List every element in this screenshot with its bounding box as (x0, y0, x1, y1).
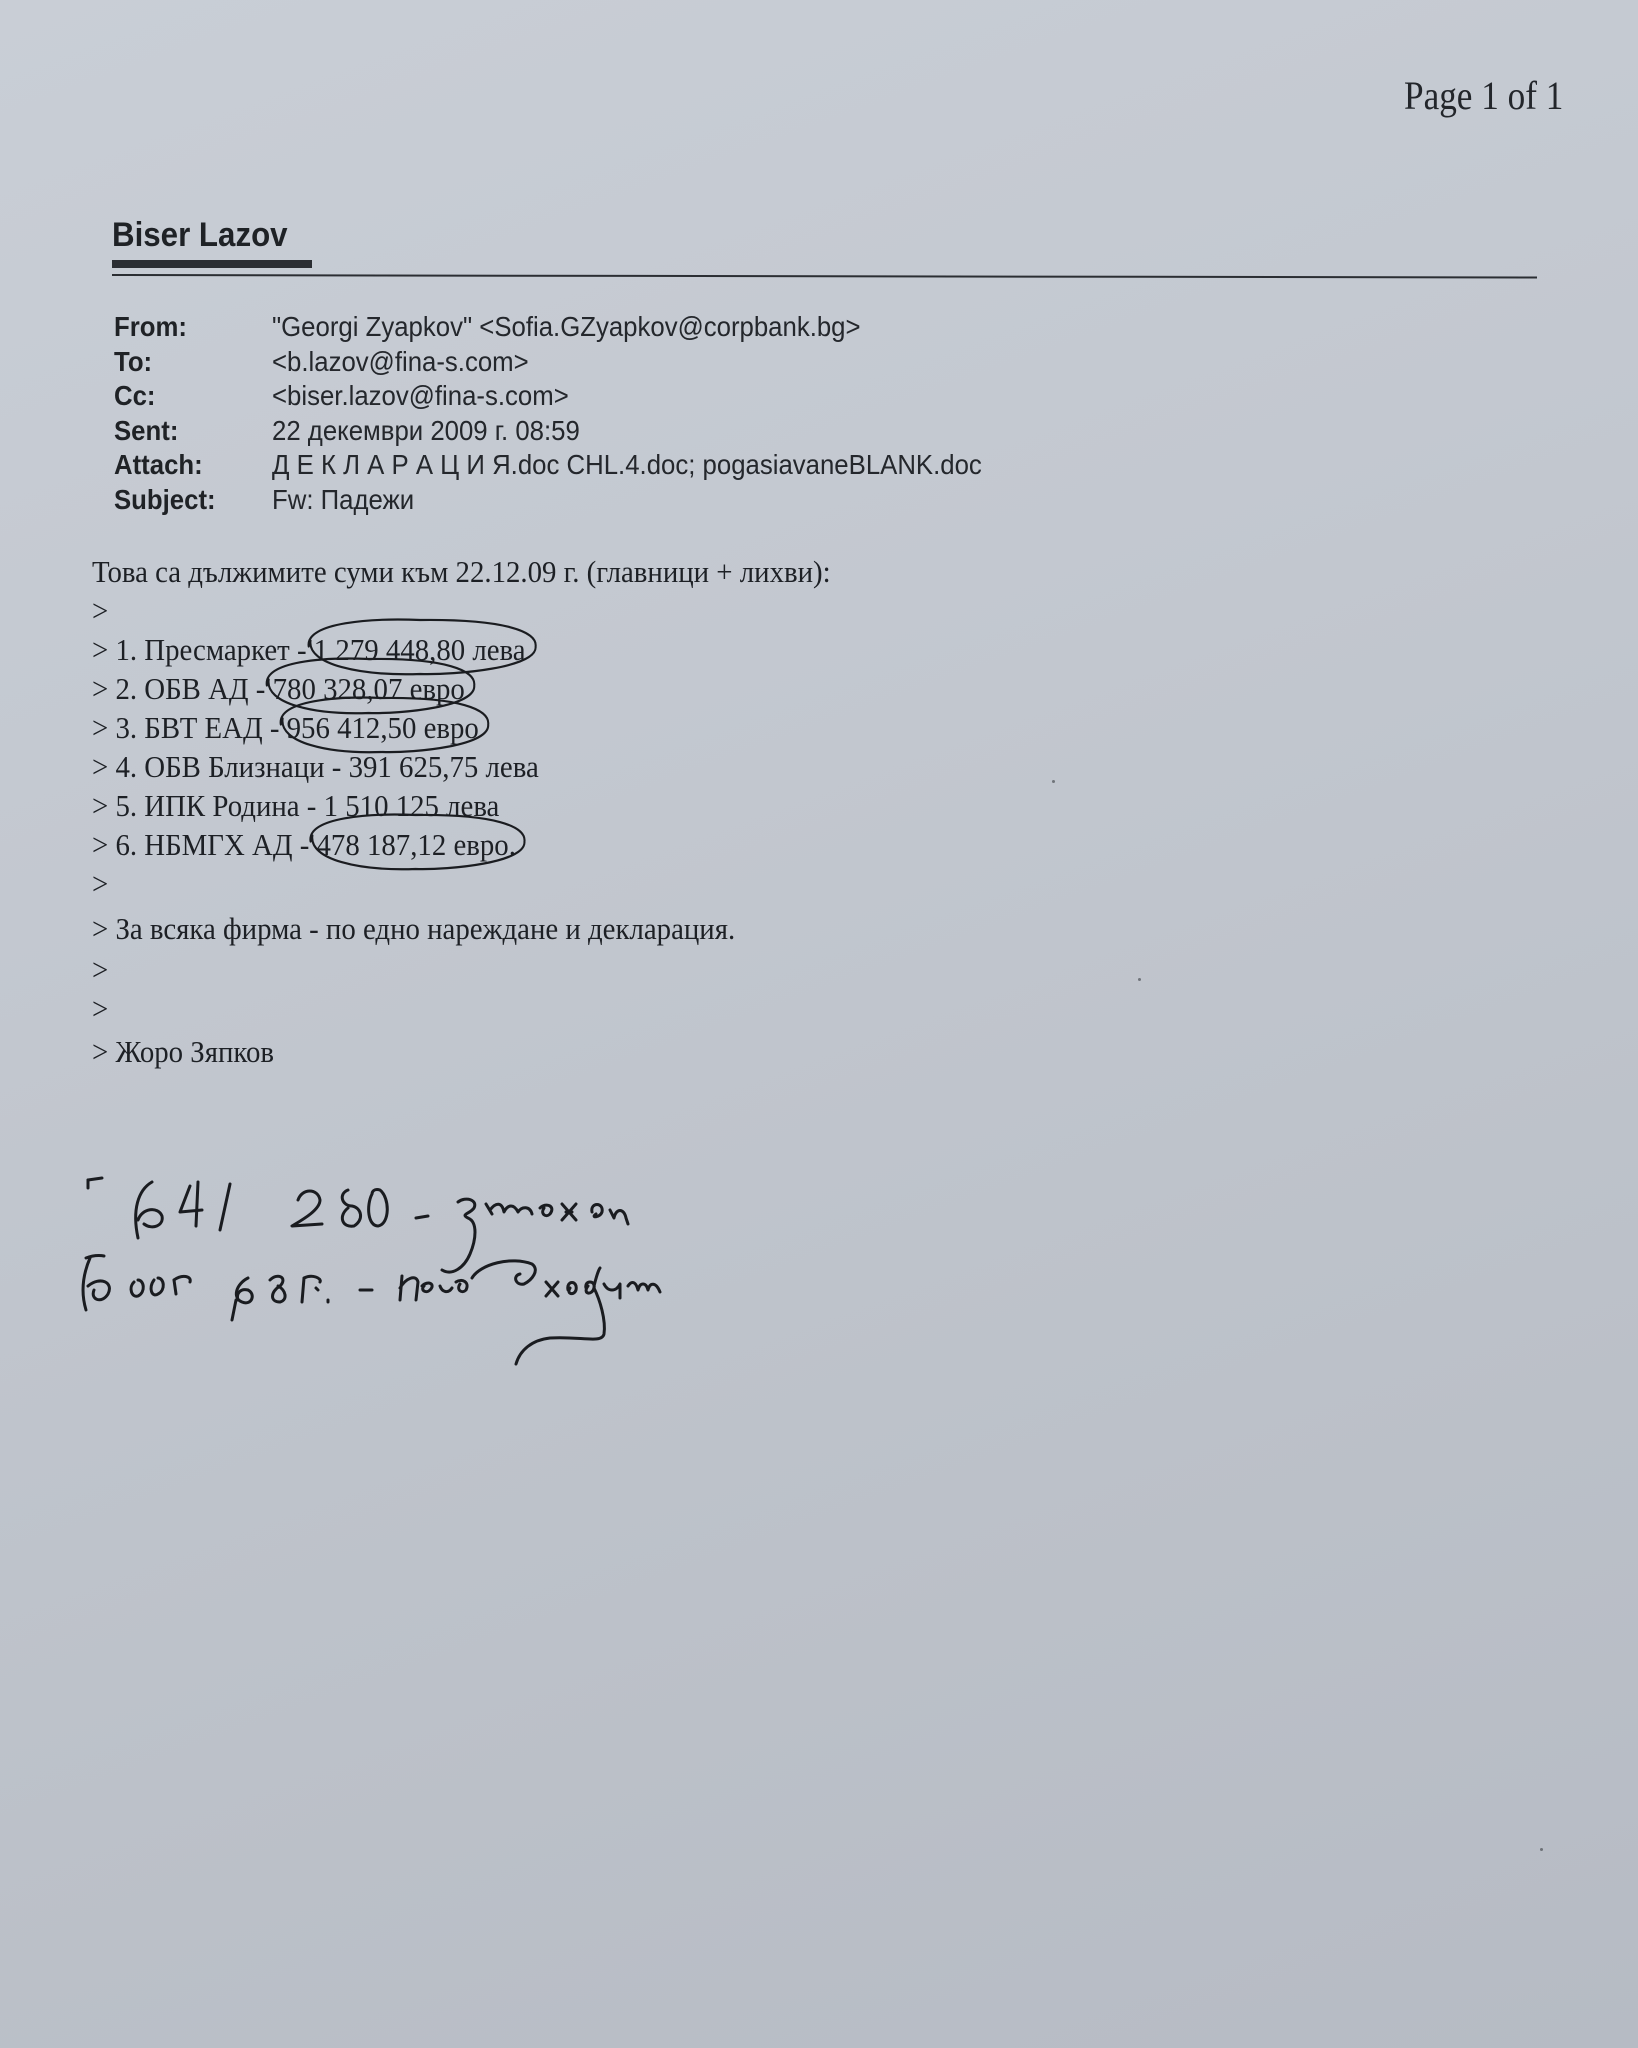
quote-marker: > (92, 591, 831, 630)
header-label: Cc: (114, 379, 259, 414)
mailbox-owner-name: Biser Lazov (112, 216, 288, 255)
amount-value: 956 412,50 евро (287, 708, 479, 747)
handwritten-notes: 641 280 5 005 682 (80, 1160, 900, 1390)
header-value: Д Е К Л А Р А Ц И Я.doc CHL.4.doc; pogas… (272, 448, 982, 483)
header-cc: Cc: <biser.lazov@fina-s.com> (114, 379, 1044, 414)
handwriting-strokes (80, 1160, 900, 1390)
company-label: > 3. БВТ ЕАД - (92, 710, 287, 745)
company-label: > 1. Пресмаркет - (92, 632, 314, 667)
email-body: Това са дължимите суми към 22.12.09 г. (… (92, 552, 886, 1071)
owner-underline-bar (112, 260, 312, 268)
quote-marker: > (92, 950, 831, 989)
header-sent: Sent: 22 декември 2009 г. 08:59 (114, 414, 1044, 449)
scan-speck (1138, 978, 1141, 981)
company-label: > 2. ОБВ АД - (92, 671, 273, 706)
company-label: > 4. ОБВ Близнаци - (92, 749, 349, 784)
header-rule (112, 274, 1537, 278)
amount-item: > 4. ОБВ Близнаци - 391 625,75 лева (92, 747, 831, 786)
amount-value: 478 187,12 евро. (317, 825, 516, 864)
header-value: "Georgi Zyapkov" <Sofia.GZyapkov@corpban… (272, 310, 861, 345)
header-attach: Attach: Д Е К Л А Р А Ц И Я.doc CHL.4.do… (114, 448, 1044, 483)
amount-item: > 6. НБМГХ АД - 478 187,12 евро. (92, 825, 831, 864)
page-number: Page 1 of 1 (1404, 72, 1563, 119)
amount-value: 391 625,75 лева (349, 747, 539, 786)
header-value: <biser.lazov@fina-s.com> (272, 379, 569, 414)
body-intro: Това са дължимите суми към 22.12.09 г. (… (92, 552, 831, 591)
header-subject: Subject: Fw: Падежи (114, 483, 1044, 518)
email-headers: From: "Georgi Zyapkov" <Sofia.GZyapkov@c… (114, 310, 1044, 517)
header-label: To: (114, 345, 259, 380)
amount-value: 1 279 448,80 лева (314, 630, 526, 669)
quote-marker: > (92, 864, 831, 903)
header-label: Sent: (114, 414, 259, 449)
amount-item: > 5. ИПК Родина - 1 510 125 лева (92, 786, 831, 825)
amounts-list: > 1. Пресмаркет - 1 279 448,80 лева> 2. … (92, 630, 886, 864)
company-label: > 5. ИПК Родина - (92, 788, 324, 823)
header-to: To: <b.lazov@fina-s.com> (114, 345, 1044, 380)
header-label: Attach: (114, 448, 259, 483)
body-instruction: > За всяка фирма - по едно нареждане и д… (92, 909, 831, 948)
header-label: Subject: (114, 483, 259, 518)
header-value: Fw: Падежи (272, 483, 414, 518)
header-value: 22 декември 2009 г. 08:59 (272, 414, 580, 449)
header-value: <b.lazov@fina-s.com> (272, 345, 529, 380)
amount-value: 1 510 125 лева (324, 786, 500, 825)
amount-item: > 3. БВТ ЕАД - 956 412,50 евро (92, 708, 831, 747)
header-label: From: (114, 310, 259, 345)
amount-item: > 1. Пресмаркет - 1 279 448,80 лева (92, 630, 831, 669)
amount-value: 780 328,07 евро (273, 669, 465, 708)
quote-marker: > (92, 989, 831, 1028)
scan-speck (1540, 1848, 1543, 1851)
scan-speck (1052, 780, 1055, 783)
header-from: From: "Georgi Zyapkov" <Sofia.GZyapkov@c… (114, 310, 1044, 345)
company-label: > 6. НБМГХ АД - (92, 827, 317, 862)
amount-item: > 2. ОБВ АД - 780 328,07 евро (92, 669, 831, 708)
body-signature: > Жоро Зяпков (92, 1032, 831, 1071)
